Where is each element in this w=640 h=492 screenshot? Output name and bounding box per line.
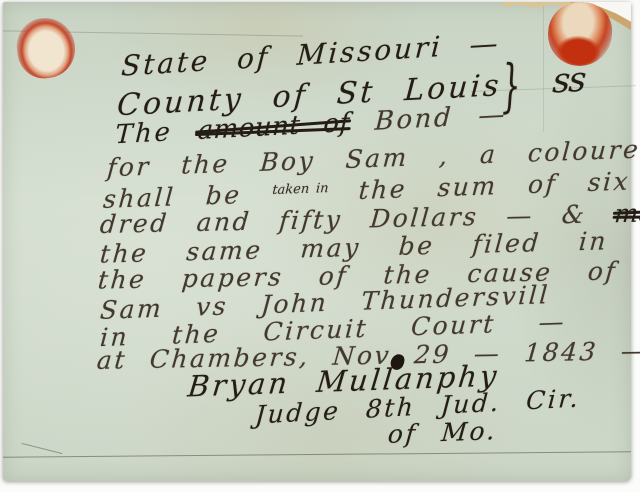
line3-lead: The — [114, 117, 173, 150]
interlinear-insertion: taken in — [272, 181, 329, 198]
ss-abbreviation: ss — [551, 60, 586, 102]
scanned-document: State of Missouri — County of St Louis} … — [0, 0, 640, 492]
judge-title-line-2: of Mo. — [387, 416, 499, 449]
crease-bottom-fold — [3, 451, 631, 457]
document-paper: State of Missouri — County of St Louis} … — [3, 2, 631, 481]
struck-out-word-2: may — [613, 198, 640, 228]
top-edge-nick — [501, 2, 571, 9]
crease-bottom-step — [22, 443, 63, 454]
crease-top-left — [3, 30, 303, 36]
wax-seal-top-left — [13, 14, 79, 81]
line3-tail: Bond — — [374, 100, 508, 137]
